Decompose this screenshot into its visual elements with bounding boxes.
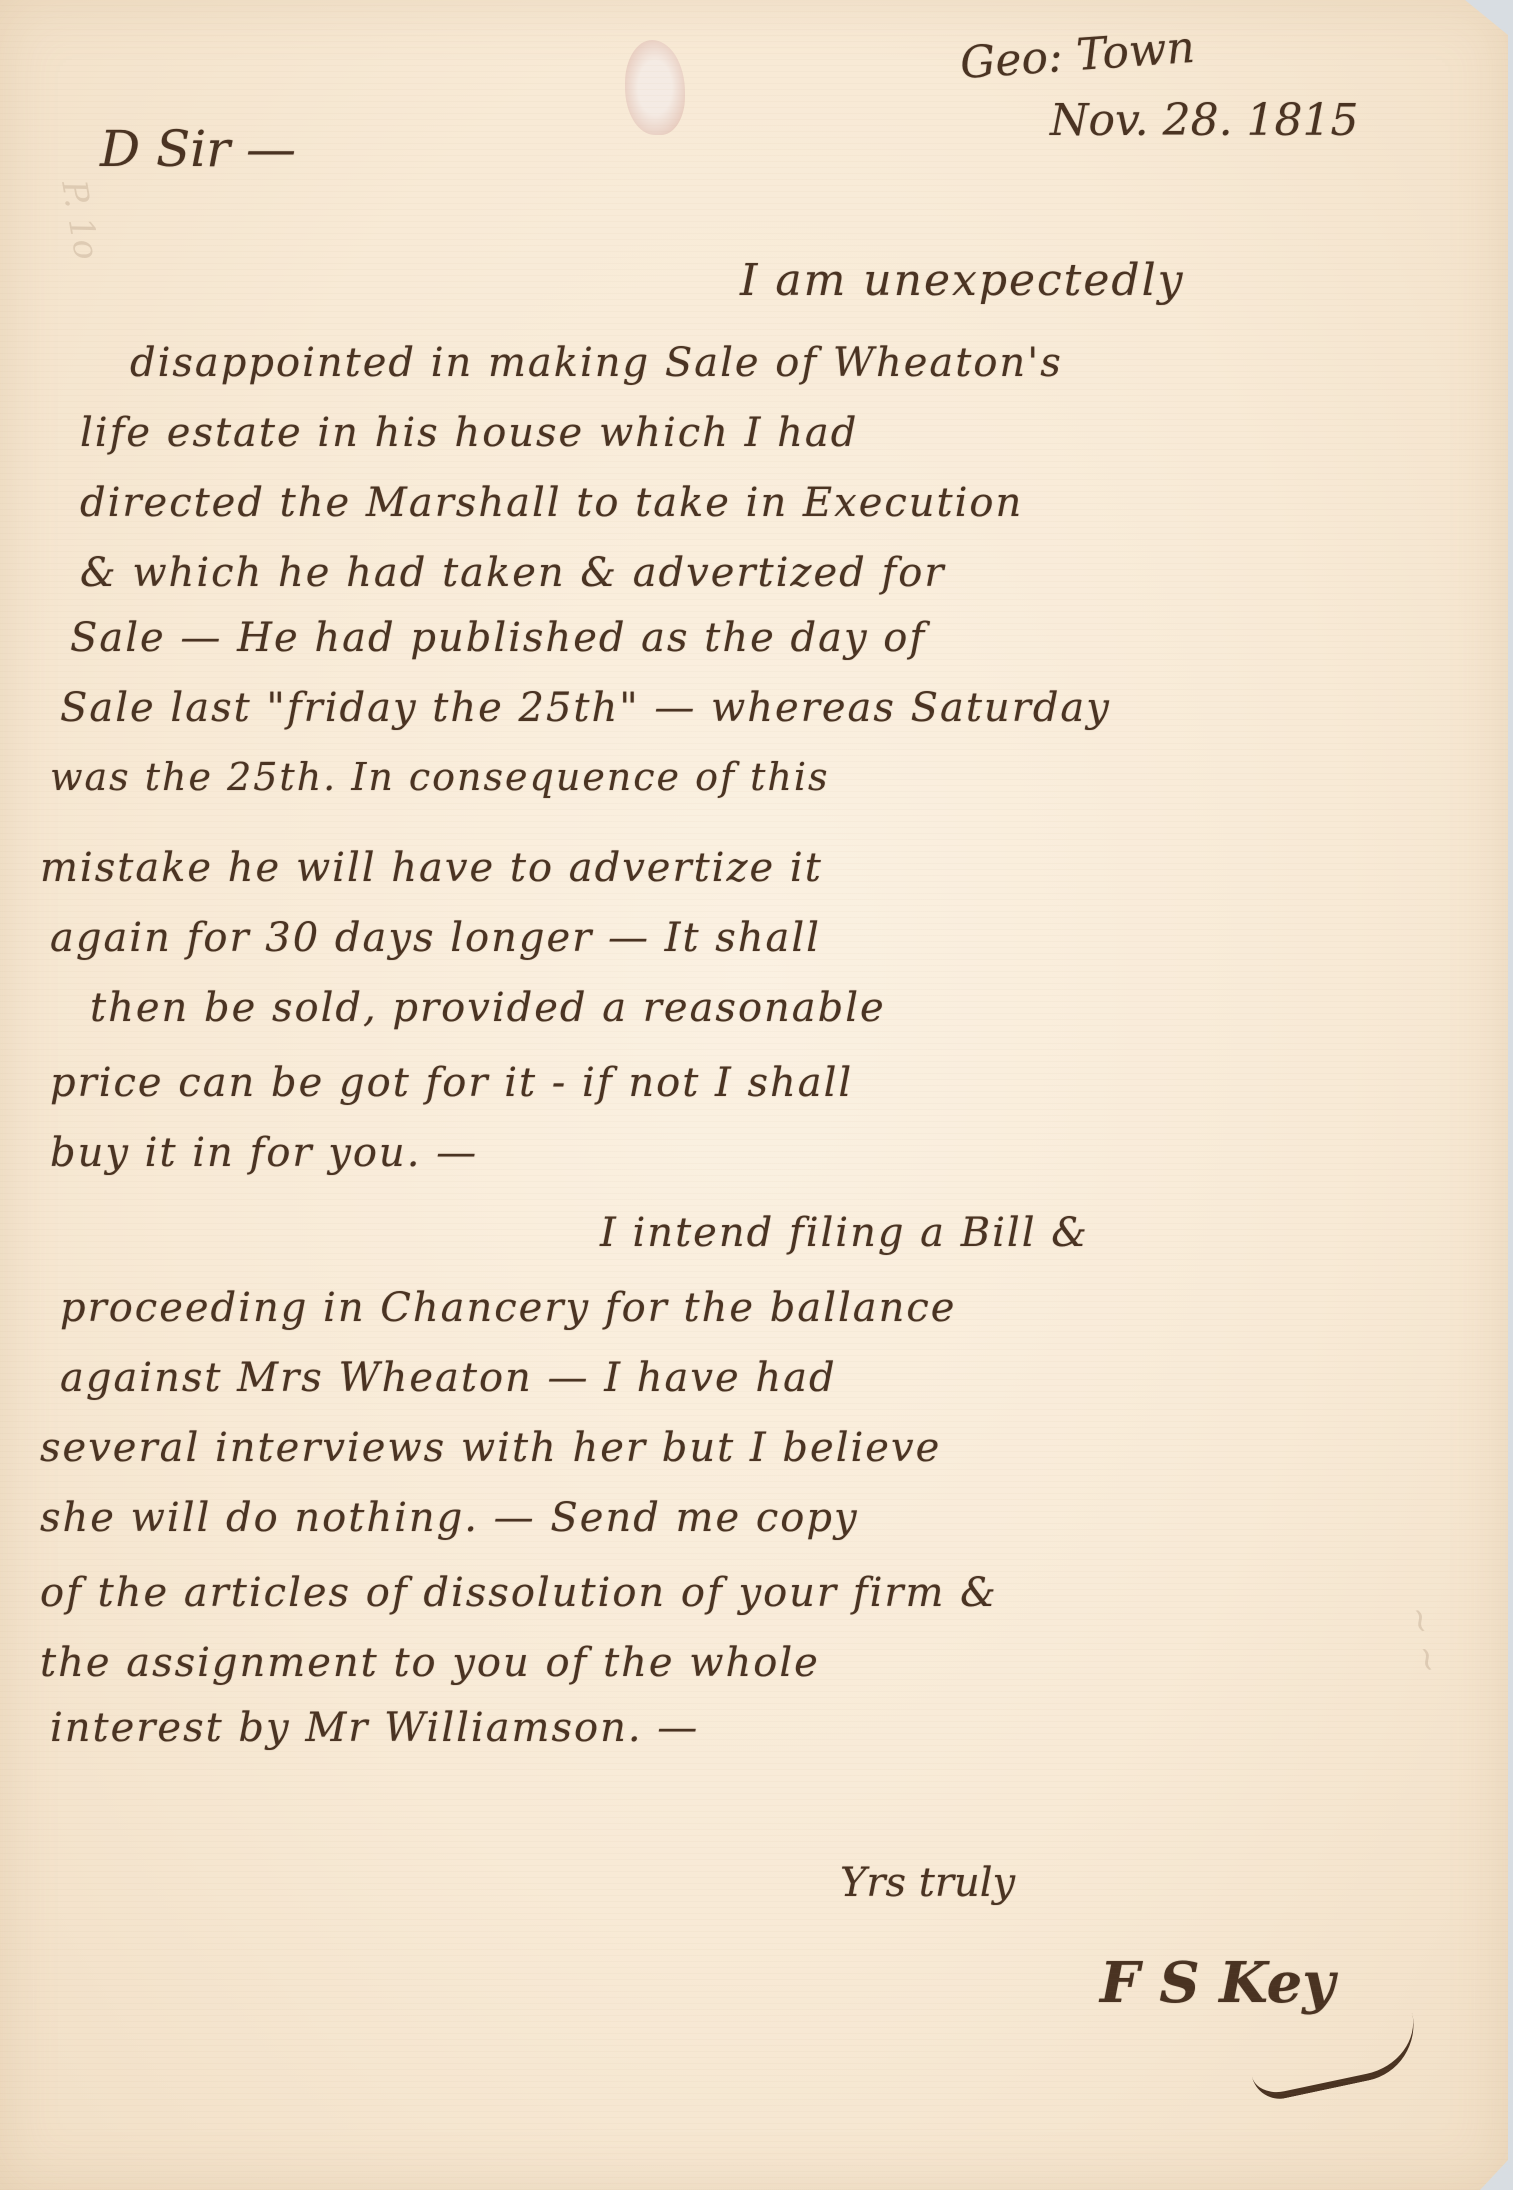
body-line: again for 30 days longer — It shall	[50, 915, 821, 961]
body-line: then be sold, provided a reasonable	[90, 985, 886, 1031]
signature-flourish	[1246, 2013, 1424, 2104]
body-line: buy it in for you. —	[50, 1130, 478, 1176]
letter-paper: P. 1o ~ ~ Geo: Town Nov. 28. 1815 D Sir …	[0, 0, 1508, 2190]
body-line: Sale — He had published as the day of	[70, 615, 926, 661]
body-line: several interviews with her but I believ…	[40, 1425, 941, 1471]
margin-ghost-marks-right: ~ ~	[1398, 1603, 1449, 1677]
letter-date: Nov. 28. 1815	[1050, 95, 1359, 146]
closing: Yrs truly	[840, 1860, 1015, 1906]
body-line: & which he had taken & advertized for	[80, 550, 945, 596]
body-line: interest by Mr Williamson. —	[50, 1705, 699, 1751]
body-line: life estate in his house which I had	[80, 410, 858, 456]
body-line: I intend filing a Bill &	[600, 1210, 1089, 1256]
body-line: the assignment to you of the whole	[40, 1640, 820, 1686]
salutation: D Sir —	[100, 120, 296, 178]
body-line: Sale last "friday the 25th" — whereas Sa…	[60, 685, 1111, 731]
body-line: she will do nothing. — Send me copy	[40, 1495, 859, 1541]
body-line: directed the Marshall to take in Executi…	[80, 480, 1023, 526]
margin-ghost-marks: P. 1o	[53, 177, 106, 262]
body-line: was the 25th. In consequence of this	[50, 755, 830, 799]
signature: F S Key	[1100, 1950, 1335, 2016]
body-line: disappointed in making Sale of Wheaton's	[130, 340, 1063, 386]
body-line: price can be got for it - if not I shall	[50, 1060, 853, 1106]
body-line: I am unexpectedly	[740, 255, 1185, 306]
letter-place: Geo: Town	[959, 22, 1197, 89]
body-line: against Mrs Wheaton — I have had	[60, 1355, 837, 1401]
body-line: proceeding in Chancery for the ballance	[60, 1285, 956, 1331]
body-line: of the articles of dissolution of your f…	[40, 1570, 998, 1616]
paper-stain	[625, 40, 685, 135]
body-line: mistake he will have to advertize it	[40, 845, 823, 891]
